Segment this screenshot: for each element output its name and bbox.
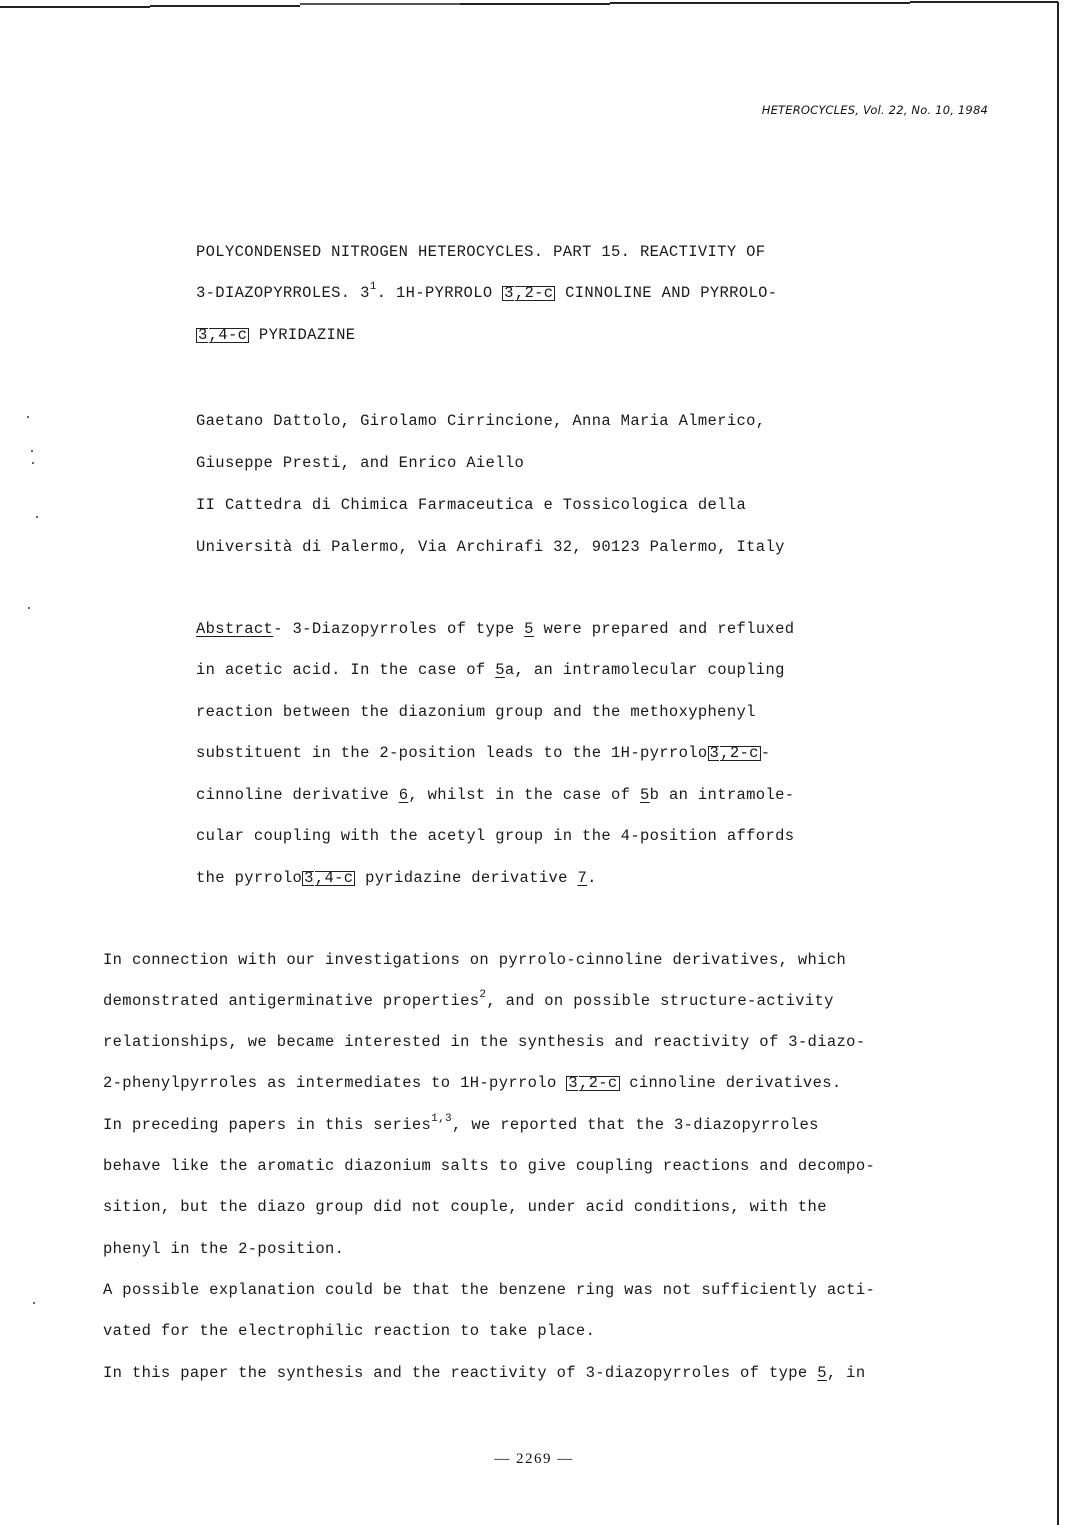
body-line: vated for the electrophilic reaction to … <box>103 1322 595 1340</box>
body-line: In connection with our investigations on… <box>103 951 846 969</box>
abstract-line: substituent in the 2-position leads to t… <box>196 744 770 762</box>
body-line: In this paper the synthesis and the reac… <box>103 1364 865 1382</box>
page-number: — 2269 — <box>0 1451 1068 1468</box>
body-line: behave like the aromatic diazonium salts… <box>103 1157 875 1175</box>
abstract-line: cinnoline derivative 6, whilst in the ca… <box>196 786 794 804</box>
body-line: A possible explanation could be that the… <box>103 1281 875 1299</box>
abstract-label: Abstract <box>196 620 273 638</box>
scan-speck <box>32 462 34 464</box>
footnote-ref: 2 <box>479 989 486 1001</box>
abstract-line: the pyrrolo3,4-c pyridazine derivative 7… <box>196 869 597 887</box>
scan-edge-right <box>1057 2 1059 1525</box>
body-line: 2-phenylpyrroles as intermediates to 1H-… <box>103 1074 842 1092</box>
abstract-line: cular coupling with the acetyl group in … <box>196 827 794 845</box>
footnote-ref: 1,3 <box>431 1113 452 1125</box>
scan-speck <box>31 450 33 452</box>
compound-ref: 5 <box>640 786 650 804</box>
compound-ref: 7 <box>577 869 587 887</box>
abstract-line: in acetic acid. In the case of 5a, an in… <box>196 661 785 679</box>
scan-edge-top <box>0 0 1068 12</box>
abstract-line: reaction between the diazonium group and… <box>196 703 756 721</box>
scan-speck <box>33 1302 35 1304</box>
title-line: 3-DIAZOPYRROLES. 31. 1H-PYRROLO 3,2-c CI… <box>196 284 777 302</box>
body-line: sition, but the diazo group did not coup… <box>103 1198 827 1216</box>
footnote-ref: 1 <box>370 281 377 293</box>
authors-line: Giuseppe Presti, and Enrico Aiello <box>196 454 524 472</box>
body-line: relationships, we became interested in t… <box>103 1033 865 1051</box>
compound-ref: 6 <box>399 786 409 804</box>
scan-speck <box>36 516 38 518</box>
title-line: 3,4-c PYRIDAZINE <box>196 326 355 344</box>
affiliation-line: II Cattedra di Chimica Farmaceutica e To… <box>196 496 746 514</box>
scan-speck <box>28 607 30 609</box>
compound-ref: 5 <box>524 620 534 638</box>
authors-line: Gaetano Dattolo, Girolamo Cirrincione, A… <box>196 412 765 430</box>
compound-ref: 5 <box>495 661 505 679</box>
body-line: In preceding papers in this series1,3, w… <box>103 1116 819 1134</box>
body-line: demonstrated antigerminative properties2… <box>103 992 834 1010</box>
abstract-line: Abstract- 3-Diazopyrroles of type 5 were… <box>196 620 794 638</box>
scan-speck <box>27 416 29 418</box>
journal-reference: HETEROCYCLES, Vol. 22, No. 10, 1984 <box>720 103 988 117</box>
body-line: phenyl in the 2-position. <box>103 1240 344 1258</box>
compound-ref: 5 <box>817 1364 827 1382</box>
affiliation-line: Università di Palermo, Via Archirafi 32,… <box>196 538 785 556</box>
title-line: POLYCONDENSED NITROGEN HETEROCYCLES. PAR… <box>196 243 765 261</box>
